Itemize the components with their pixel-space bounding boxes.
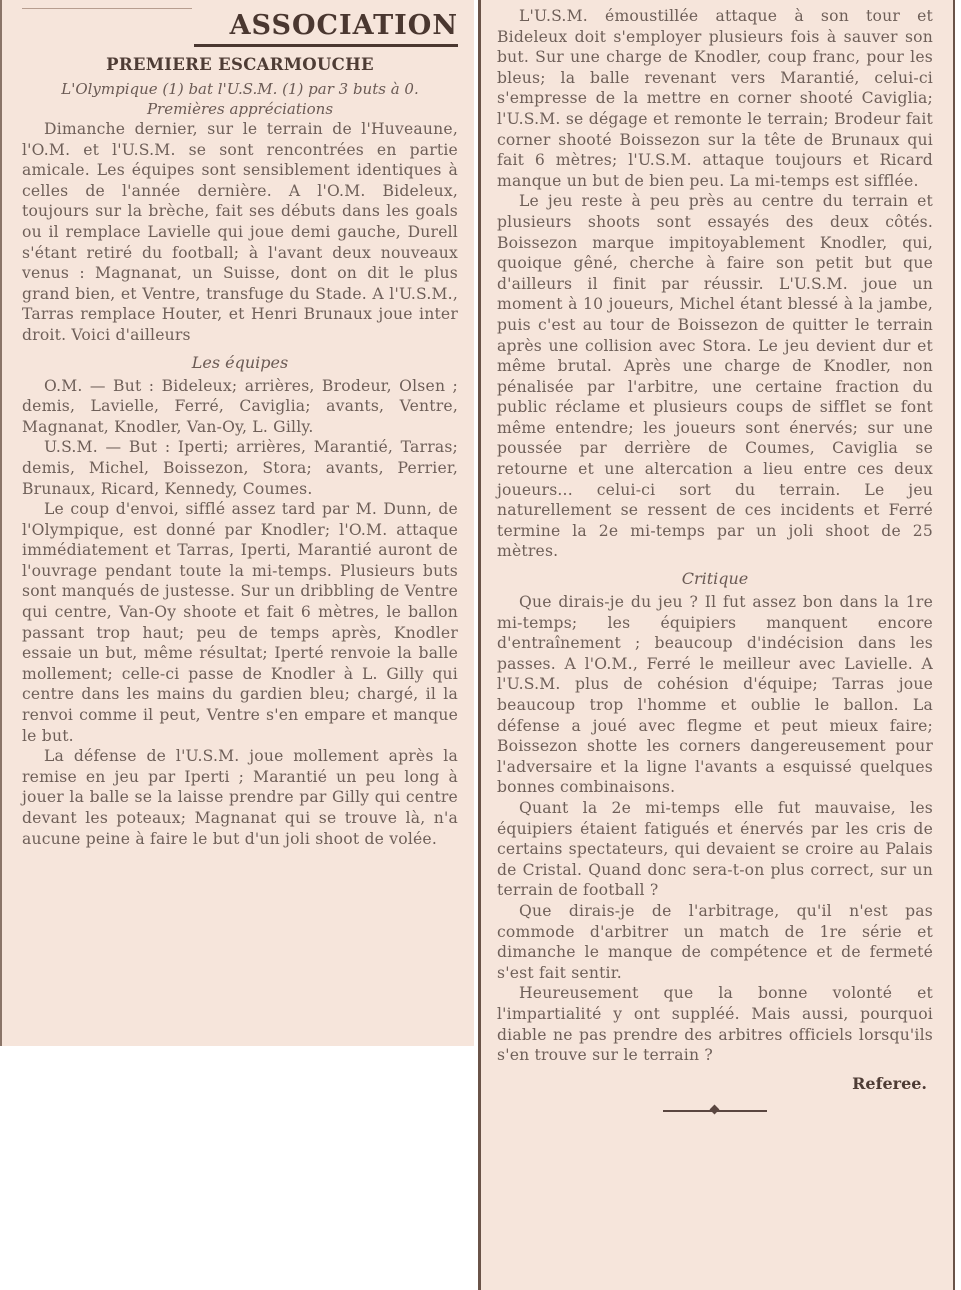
author-signature: Referee. [497, 1074, 927, 1093]
article-headline: PREMIERE ESCARMOUCHE [22, 55, 458, 75]
end-ornament-icon [663, 1105, 767, 1115]
article-subhead: L'Olympique (1) bat l'U.S.M. (1) par 3 b… [22, 79, 458, 99]
critique-paragraph: Que dirais-je du jeu ? Il fut assez bon … [497, 592, 933, 798]
masthead-underline [194, 44, 458, 47]
team-lineup-om: O.M. — But : Bideleux; arrières, Brodeur… [22, 376, 458, 438]
team-lineup-usm: U.S.M. — But : Iperti; arrières, Maranti… [22, 437, 458, 499]
match-paragraph: Le jeu reste à peu près au centre du ter… [497, 191, 933, 562]
article-subhead-2: Premières appréciations [22, 99, 458, 119]
diamond-icon [710, 1104, 720, 1114]
left-column: ASSOCIATION PREMIERE ESCARMOUCHE L'Olymp… [0, 0, 474, 1046]
teams-section-title: Les équipes [22, 352, 458, 374]
critique-section-title: Critique [497, 568, 933, 590]
critique-paragraph: Quant la 2e mi-temps elle fut mauvaise, … [497, 798, 933, 901]
critique-paragraph: Que dirais-je de l'arbitrage, qu'il n'es… [497, 901, 933, 983]
right-column: L'U.S.M. émoustillée attaque à son tour … [478, 0, 955, 1290]
top-thin-rule [22, 8, 192, 9]
section-masthead: ASSOCIATION [22, 10, 458, 42]
match-paragraph: La défense de l'U.S.M. joue mollement ap… [22, 746, 458, 849]
critique-paragraph: Heureusement que la bonne volonté et l'i… [497, 983, 933, 1065]
match-paragraph: L'U.S.M. émoustillée attaque à son tour … [497, 6, 933, 191]
intro-paragraph: Dimanche dernier, sur le terrain de l'Hu… [22, 119, 458, 346]
match-paragraph: Le coup d'envoi, sifflé assez tard par M… [22, 499, 458, 746]
